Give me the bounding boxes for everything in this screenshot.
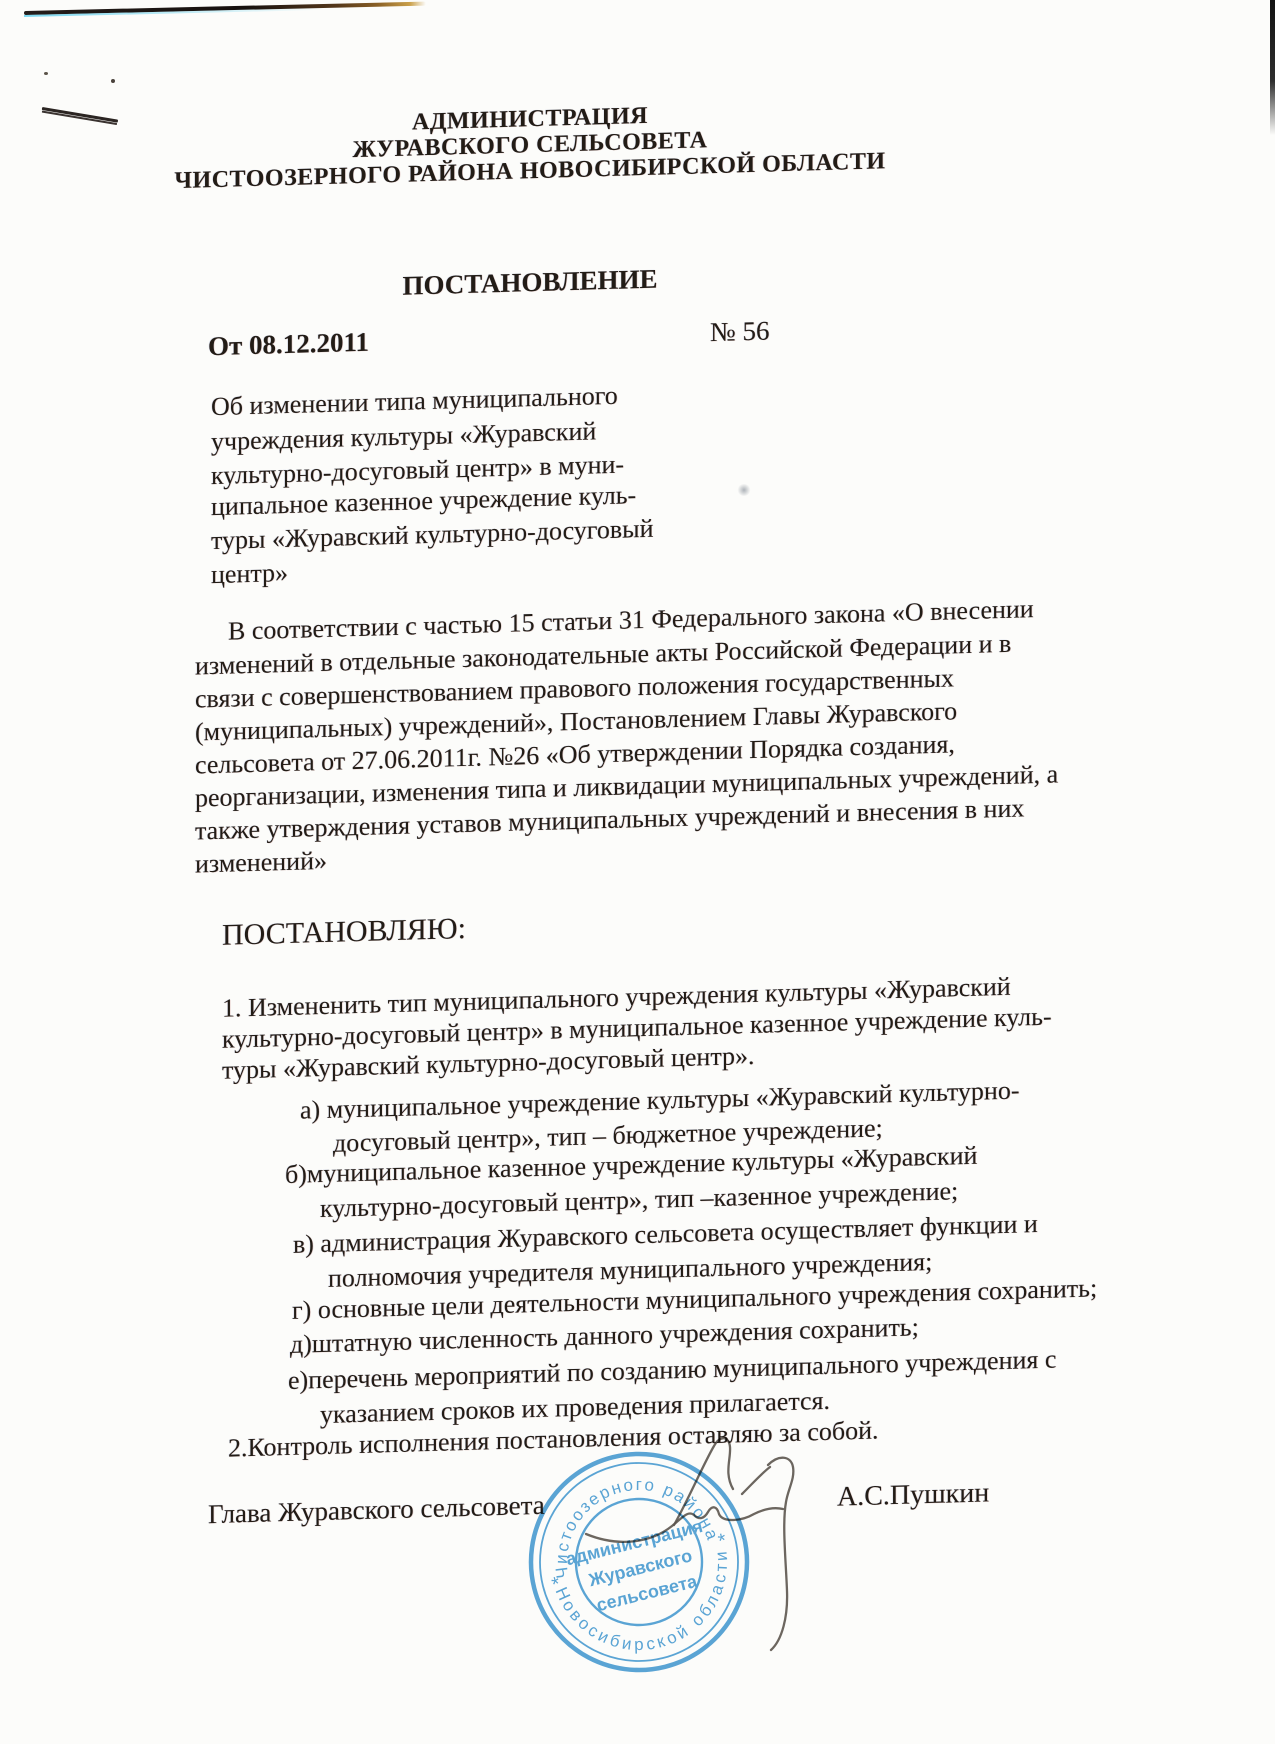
document-page: АДМИНИСТРАЦИЯ ЖУРАВСКОГО СЕЛЬСОВЕТА ЧИСТ…	[0, 0, 1275, 1744]
handwritten-signature	[0, 0, 1275, 1744]
